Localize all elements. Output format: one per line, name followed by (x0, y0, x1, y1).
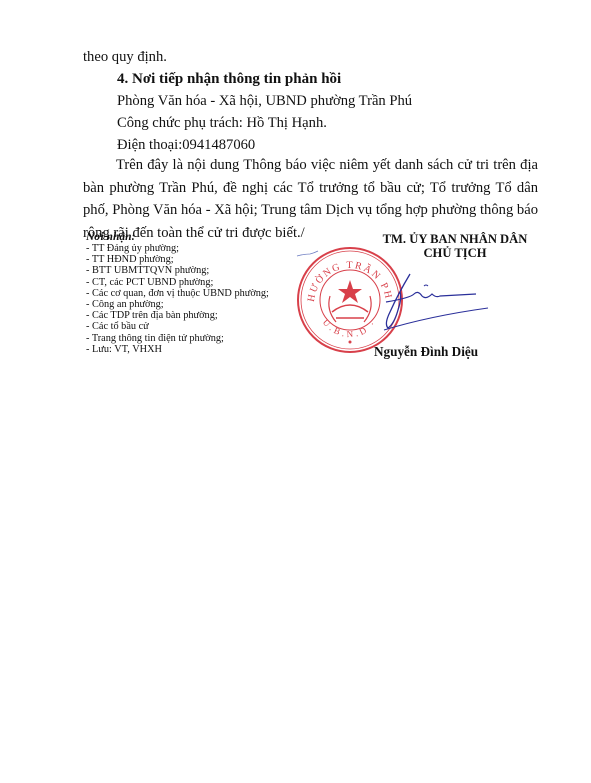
recipient-item: - TT Đảng ủy phường; (86, 243, 269, 254)
continuation-line: theo quy định. (83, 48, 167, 66)
signer-name: Nguyễn Đình Diệu (374, 344, 478, 360)
recipient-item: - CT, các PCT UBND phường; (86, 277, 269, 288)
document-page: theo quy định. 4. Nơi tiếp nhận thông ti… (0, 0, 591, 783)
svg-text:U.B.N.D ·: U.B.N.D · (321, 317, 379, 339)
phone-line: Điện thoại:0941487060 (117, 136, 255, 154)
officer-line: Công chức phụ trách: Hồ Thị Hạnh. (117, 114, 327, 132)
recipient-item: - Các tổ bầu cử (86, 321, 269, 332)
recipient-item: - TT HĐND phường; (86, 254, 269, 265)
recipient-item: - Các TDP trên địa bàn phường; (86, 310, 269, 321)
handwritten-signature-icon (380, 272, 490, 332)
recipient-item: - Lưu: VT, VHXH (86, 344, 269, 355)
signature-position: CHỦ TỊCH (360, 246, 550, 260)
recipient-item: - Công an phường; (86, 299, 269, 310)
recipient-item: - Trang thông tin điện tử phường; (86, 333, 269, 344)
signature-org: TM. ỦY BAN NHÂN DÂN (360, 232, 550, 246)
office-line: Phòng Văn hóa - Xã hội, UBND phường Trần… (117, 92, 412, 110)
recipient-item: - BTT UBMTTQVN phường; (86, 265, 269, 276)
recipients-title: Nơi nhận: (86, 231, 269, 243)
recipients-list: Nơi nhận: - TT Đảng ủy phường; - TT HĐND… (86, 231, 269, 355)
signature-block: TM. ỦY BAN NHÂN DÂN CHỦ TỊCH (360, 232, 550, 260)
recipient-item: - Các cơ quan, đơn vị thuộc UBND phường; (86, 288, 269, 299)
section-heading: 4. Nơi tiếp nhận thông tin phản hồi (117, 70, 341, 88)
